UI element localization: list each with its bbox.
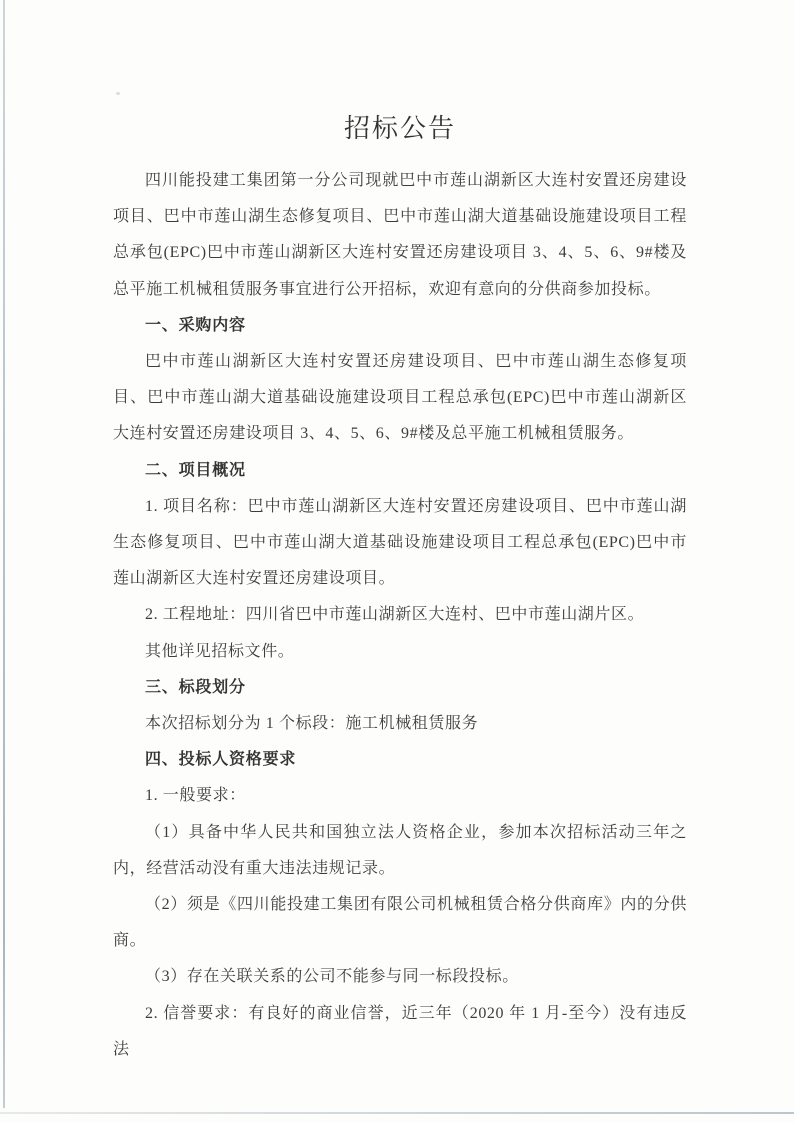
scan-speck — [116, 92, 120, 95]
paragraph: （3）存在关联关系的公司不能参与同一标段投标。 — [113, 959, 687, 995]
section-heading: 一、采购内容 — [113, 308, 687, 344]
section-heading: 四、投标人资格要求 — [113, 742, 687, 778]
section-heading: 二、项目概况 — [113, 453, 687, 489]
paragraph: 2. 信誉要求：有良好的商业信誉，近三年（2020 年 1 月-至今）没有违反法 — [113, 996, 687, 1068]
paragraph: 巴中市莲山湖新区大连村安置还房建设项目、巴中市莲山湖生态修复项目、巴中市莲山湖大… — [113, 344, 687, 453]
paragraph: （1）具备中华人民共和国独立法人资格企业，参加本次招标活动三年之内，经营活动没有… — [113, 815, 687, 887]
document-title: 招标公告 — [113, 112, 687, 144]
paragraph: 2. 工程地址：四川省巴中市莲山湖新区大连村、巴中市莲山湖片区。 — [113, 597, 687, 633]
paragraph: 1. 项目名称：巴中市莲山湖新区大连村安置还房建设项目、巴中市莲山湖生态修复项目… — [113, 489, 687, 598]
paragraph: 其他详见招标文件。 — [113, 634, 687, 670]
paragraph: （2）须是《四川能投建工集团有限公司机械租赁合格分供商库》内的分供商。 — [113, 887, 687, 959]
scan-edge-left — [3, 0, 5, 1108]
paragraph: 本次招标划分为 1 个标段：施工机械租赁服务 — [113, 706, 687, 742]
paragraph: 1. 一般要求： — [113, 778, 687, 814]
section-heading: 三、标段划分 — [113, 670, 687, 706]
document-blocks: 四川能投建工集团第一分公司现就巴中市莲山湖新区大连村安置还房建设项目、巴中市莲山… — [113, 163, 687, 1068]
document-page: 招标公告 四川能投建工集团第一分公司现就巴中市莲山湖新区大连村安置还房建设项目、… — [0, 0, 794, 1123]
paragraph: 四川能投建工集团第一分公司现就巴中市莲山湖新区大连村安置还房建设项目、巴中市莲山… — [113, 163, 687, 308]
scan-edge-bottom — [0, 1112, 794, 1114]
document-content: 招标公告 四川能投建工集团第一分公司现就巴中市莲山湖新区大连村安置还房建设项目、… — [113, 112, 687, 1068]
